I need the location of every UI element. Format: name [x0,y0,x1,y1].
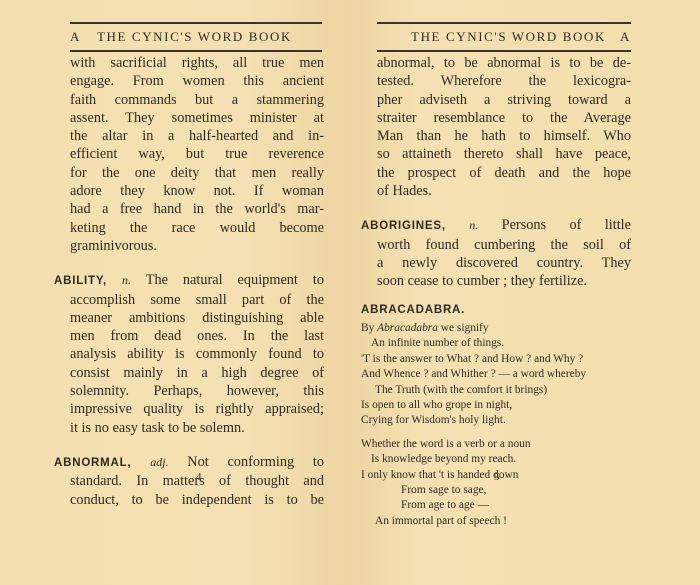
text-line: a newly discovered country. They [377,254,631,272]
text-line: solemnity. Perhaps, however, this [70,382,324,400]
header-section-letter: A [70,29,81,45]
poem-line: The Truth (with the comfort it brings) [361,383,631,398]
poem-line: An infinite number of things. [361,336,631,351]
poem-line: Is open to all who grope in night, [361,398,631,413]
text-line: with sacrificial rights, all true men [70,54,324,72]
right-page: THE CYNIC'S WORD BOOK A abnormal, to be … [349,0,700,585]
text-line: straiter resemblance to the Average [377,109,631,127]
poem-text: By [361,322,374,334]
text-line: so attaineth thereto shall have peace, [377,145,631,163]
text-line: meaner ambitions distinguishing able [70,309,324,327]
entry-first-line: ABNORMAL, adj. Not conforming to [54,453,324,472]
headword: ABILITY, [54,275,107,287]
text-line: analysis ability is commonly found to [70,345,324,363]
definition-start: The natural equipment to [146,272,324,288]
part-of-speech: n. [122,273,131,287]
poem-line: And Whence ? and Whither ? — a word wher… [361,367,631,382]
text-line: consist mainly in a high degree of [70,364,324,382]
header-title: THE CYNIC'S WORD BOOK [411,29,606,45]
text-line: conduct, to be independent is to be [70,491,324,509]
left-page-body: with sacrificial rights, all true men en… [70,54,324,509]
book-spread: A THE CYNIC'S WORD BOOK with sacrificial… [0,0,700,585]
poem-line: By Abracadabra we signify [361,321,631,336]
poem-text: we signify [441,322,489,334]
text-line: for the one deity that men really [70,164,324,182]
left-running-header: A THE CYNIC'S WORD BOOK [70,22,322,52]
right-running-header: THE CYNIC'S WORD BOOK A [377,22,631,52]
poem-line: 'T is the answer to What ? and How ? and… [361,352,631,367]
text-line: faith commands but a stammering [70,91,324,109]
text-line: abnormal, to be abnormal is to be de- [377,54,631,72]
header-section-letter: A [620,29,631,45]
text-line: it is no easy task to be solemn. [70,419,324,437]
entry-ability: ABILITY, n. The natural equipment to acc… [70,271,324,437]
entry-first-line: ABORIGINES, n. Persons of little [361,216,631,235]
text-line: the altar in a half-hearted and in- [70,127,324,145]
text-line: men from dead ones. In the last [70,327,324,345]
text-line: Man than he hath to himself. Who [377,127,631,145]
poem-line: From sage to sage, [361,483,631,498]
poem-line: An immortal part of speech ! [361,514,631,529]
text-line: tested. Wherefore the lexicogra- [377,72,631,90]
text-line: engage. From women this ancient [70,72,324,90]
page-number: 5 [494,471,500,483]
part-of-speech: adj. [150,455,168,469]
entry-abracadabra-poem: ABRACADABRA. By Abracadabra we signify A… [361,303,631,530]
text-line: worth found cumbering the soil of [377,236,631,254]
entry-first-line: ABILITY, n. The natural equipment to [54,271,324,290]
poem-line: Whether the word is a verb or a noun [361,437,631,452]
text-line: had a free hand in the world's mar- [70,200,324,218]
text-line: of Hades. [377,182,631,200]
text-line: the prospect of death and the hope [377,164,631,182]
definition-start: Not conforming to [187,454,324,470]
headword: ABNORMAL, [54,457,131,469]
text-line: keting the race would become [70,219,324,237]
text-line: efficient way, but true reverence [70,145,324,163]
text-line: impressive quality is rightly appraised; [70,400,324,418]
page-number: 4 [196,471,202,483]
entry-aborigines: ABORIGINES, n. Persons of little worth f… [377,216,631,290]
text-line: soon cease to cumber ; they fertilize. [377,272,631,290]
part-of-speech: n. [469,218,478,232]
header-title: THE CYNIC'S WORD BOOK [97,29,292,45]
headword: ABORIGINES, [361,220,446,232]
poem-italic-word: Abracadabra [377,322,438,334]
right-page-body: abnormal, to be abnormal is to be de- te… [377,54,631,529]
poem-line: Crying for Wisdom's holy light. [361,413,631,428]
poem-title: ABRACADABRA. [361,303,631,318]
definition-start: Persons of little [502,217,631,233]
text-line: assent. They sometimes minister at [70,109,324,127]
poem-line: From age to age — [361,498,631,513]
text-line: accomplish some small part of the [70,291,324,309]
poem-line: Is knowledge beyond my reach. [361,452,631,467]
text-line: adore they know not. If woman [70,182,324,200]
text-line: graminivorous. [70,237,324,255]
text-line: pher adviseth a striving toward a [377,91,631,109]
left-page: A THE CYNIC'S WORD BOOK with sacrificial… [0,0,349,585]
